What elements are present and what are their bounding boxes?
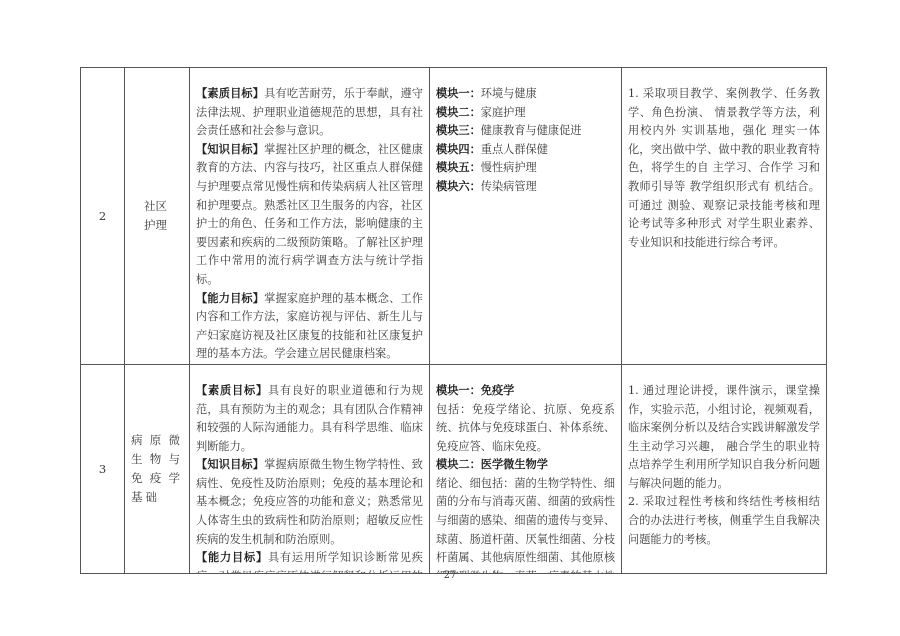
goal-quality: 【素质目标】具有吃苦耐劳，乐于奉献，遵守法律法规、护理职业道德规范的思想，具有社… (196, 85, 423, 141)
course-modules: 模块一：免疫学 包括：免疫学绪论、抗原、免疫系统、抗体与免疫球蛋白、补体系统、免… (430, 364, 622, 573)
goal-knowledge: 【知识目标】掌握社区护理的概念，社区健康教育的方法、内容与技巧，社区重点人群保健… (196, 141, 423, 290)
module-text: 重点人群保健 (481, 143, 548, 156)
course-table: 2 社区护理 【素质目标】具有吃苦耐劳，乐于奉献，遵守法律法规、护理职业道德规范… (80, 67, 827, 574)
goal-text: 掌握社区护理的概念，社区健康教育的方法、内容与技巧，社区重点人群保健与护理要点常… (196, 143, 423, 286)
goal-tag: 【能力目标】 (196, 292, 264, 305)
goal-tag: 【能力目标】 (196, 551, 268, 564)
course-name-text: 病原微生物与免疫学基础 (131, 431, 183, 507)
teaching-requirements: 1. 通过理论讲授，课件演示，课堂操作，实验示范，小组讨论，视频观看，临床案例分… (622, 364, 827, 573)
goal-ability: 【能力目标】掌握家庭护理的基本概念、工作内容和工作方法，家庭访视与评估、新生儿与… (196, 290, 423, 364)
course-goals: 【素质目标】具有吃苦耐劳，乐于奉献，遵守法律法规、护理职业道德规范的思想，具有社… (190, 68, 430, 365)
goal-tag: 【知识目标】 (196, 458, 264, 471)
goal-tag: 【素质目标】 (196, 87, 264, 100)
requirement-text: 1. 采取项目教学、案例教学、任务教学、角色扮演、 情景教学等方法，利用校内外 … (628, 85, 820, 252)
module-item: 模块二：家庭护理 (436, 104, 615, 123)
row-number-text: 3 (99, 462, 106, 476)
course-name-text: 社区护理 (144, 197, 170, 235)
course-name: 病原微生物与免疫学基础 (125, 364, 190, 573)
module-item: 模块一：环境与健康 (436, 85, 615, 104)
goal-quality: 【素质目标】具有良好的职业道德和行为规范，具有预防为主的观念；具有团队合作精神和… (196, 382, 423, 456)
module-text: 包括：免疫学绪论、抗原、免疫系统、抗体与免疫球蛋白、补体系统、免疫应答、临床免疫… (436, 401, 615, 457)
requirement-text: 1. 通过理论讲授，课件演示，课堂操作，实验示范，小组讨论，视频观看，临床案例分… (628, 382, 820, 494)
table-row: 2 社区护理 【素质目标】具有吃苦耐劳，乐于奉献，遵守法律法规、护理职业道德规范… (81, 68, 827, 365)
module-text: 家庭护理 (481, 106, 526, 119)
module-text: 健康教育与健康促进 (481, 124, 582, 137)
goal-text: 掌握病原微生物生物学特性、致病性、免疫性及防治原则；免疫的基本理论和基本概念；免… (196, 458, 423, 545)
row-number-text: 2 (99, 209, 106, 223)
module-item: 模块三：健康教育与健康促进 (436, 122, 615, 141)
document-page: 2 社区护理 【素质目标】具有吃苦耐劳，乐于奉献，遵守法律法规、护理职业道德规范… (0, 0, 900, 636)
course-goals: 【素质目标】具有良好的职业道德和行为规范，具有预防为主的观念；具有团队合作精神和… (190, 364, 430, 573)
course-name: 社区护理 (125, 68, 190, 365)
table-row: 3 病原微生物与免疫学基础 【素质目标】具有良好的职业道德和行为规范，具有预防为… (81, 364, 827, 573)
row-number: 3 (81, 364, 125, 573)
teaching-requirements: 1. 采取项目教学、案例教学、任务教学、角色扮演、 情景教学等方法，利用校内外 … (622, 68, 827, 365)
module-item: 模块四：重点人群保健 (436, 141, 615, 160)
goal-knowledge: 【知识目标】掌握病原微生物生物学特性、致病性、免疫性及防治原则；免疫的基本理论和… (196, 456, 423, 549)
requirement-text: 2. 采取过程性考核和终结性考核相结合的办法进行考核，侧重学生自我解决问题能力的… (628, 493, 820, 549)
module-label: 模块一： (436, 87, 481, 100)
module-label: 模块二： (436, 106, 481, 119)
module-item: 模块六：传染病管理 (436, 178, 615, 197)
module-heading: 模块二：医学微生物学 (436, 456, 615, 475)
row-number: 2 (81, 68, 125, 365)
module-heading: 模块一：免疫学 (436, 382, 615, 401)
module-text: 绪论、细包括：菌的生物学特性、细菌的分布与消毒灭菌、细菌的致病性与细菌的感染、细… (436, 475, 615, 573)
module-label: 模块四： (436, 143, 481, 156)
module-text: 环境与健康 (481, 87, 537, 100)
page-number: 27 (0, 570, 900, 581)
goal-tag: 【知识目标】 (196, 143, 264, 156)
module-label: 模块六： (436, 180, 481, 193)
module-item: 模块五：慢性病护理 (436, 159, 615, 178)
module-text: 慢性病护理 (481, 161, 537, 174)
module-label: 模块五： (436, 161, 481, 174)
module-text: 传染病管理 (481, 180, 537, 193)
goal-tag: 【素质目标】 (196, 384, 268, 397)
module-label: 模块三： (436, 124, 481, 137)
course-modules: 模块一：环境与健康 模块二：家庭护理 模块三：健康教育与健康促进 模块四：重点人… (430, 68, 622, 365)
